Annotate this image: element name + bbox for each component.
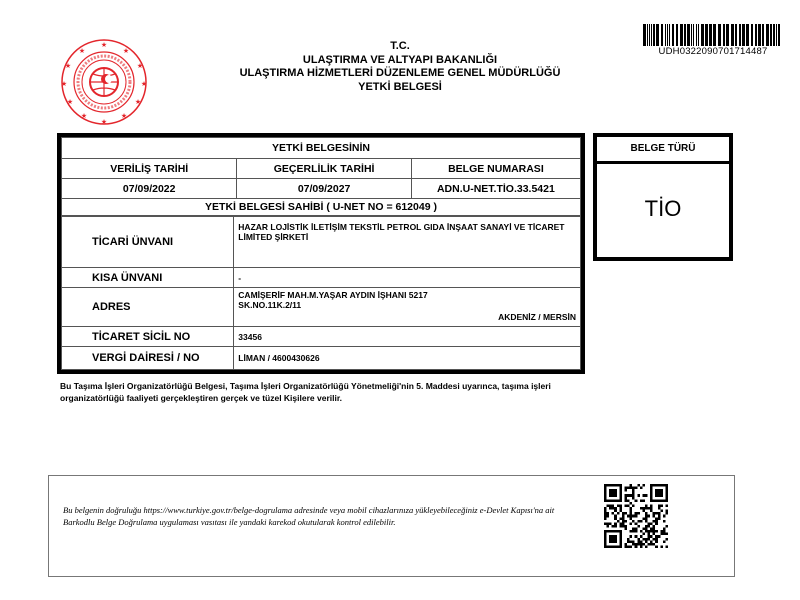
document-number-value: ADN.U-NET.TİO.33.5421	[411, 179, 580, 199]
svg-text:★: ★	[101, 118, 107, 126]
label-short-name: KISA ÜNVANI	[62, 268, 234, 288]
barcode-number: UDH0322090701714487	[640, 46, 786, 57]
value-address: CAMİŞERİF MAH.M.YAŞAR AYDIN İŞHANI 5217 …	[238, 290, 488, 310]
svg-text:★: ★	[81, 112, 87, 120]
verification-box: Bu belgenin doğruluğu https://www.turkiy…	[48, 475, 735, 577]
document-type-box: BELGE TÜRÜ TİO	[593, 133, 733, 261]
document-type-value: TİO	[597, 164, 729, 254]
barcode-icon	[643, 24, 783, 46]
ministry-seal-icon: ★★★ ★★★ ★★★ ★★★	[60, 38, 148, 126]
heading-tc: T.C.	[200, 40, 600, 54]
certificate-table: YETKİ BELGESİNİN VERİLİŞ TARİHİ GEÇERLİL…	[57, 133, 585, 374]
value-trade-name: HAZAR LOJİSTİK İLETİŞİM TEKSTİL PETROL G…	[234, 217, 581, 268]
svg-text:★: ★	[123, 47, 129, 55]
verification-text: Bu belgenin doğruluğu https://www.turkiy…	[63, 504, 573, 528]
svg-text:★: ★	[121, 112, 127, 120]
label-trade-name: TİCARİ ÜNVANI	[62, 217, 234, 268]
label-address: ADRES	[62, 288, 234, 327]
legal-note: Bu Taşıma İşleri Organizatörlüğü Belgesi…	[60, 380, 590, 404]
heading-ministry: ULAŞTIRMA VE ALTYAPI BAKANLIĞI	[200, 54, 600, 68]
column-issue-date: VERİLİŞ TARİHİ	[62, 159, 237, 179]
svg-text:★: ★	[137, 62, 143, 70]
document-type-heading: BELGE TÜRÜ	[597, 137, 729, 164]
heading-directorate: ULAŞTIRMA HİZMETLERİ DÜZENLEME GENEL MÜD…	[200, 67, 600, 81]
svg-text:★: ★	[67, 98, 73, 106]
validity-date-value: 07/09/2027	[237, 179, 411, 199]
svg-text:★: ★	[65, 62, 71, 70]
label-tax-office: VERGİ DAİRESİ / NO	[62, 347, 234, 370]
value-tax-office: LİMAN / 4600430626	[234, 347, 581, 370]
svg-text:★: ★	[101, 41, 107, 49]
value-trade-registry: 33456	[234, 327, 581, 347]
column-validity-date: GEÇERLİLİK TARİHİ	[237, 159, 411, 179]
owner-heading: YETKİ BELGESİ SAHİBİ ( U-NET NO = 612049…	[62, 199, 581, 216]
issue-date-value: 07/09/2022	[62, 179, 237, 199]
svg-text:★: ★	[135, 98, 141, 106]
label-trade-registry: TİCARET SİCİL NO	[62, 327, 234, 347]
svg-text:★: ★	[61, 80, 67, 88]
heading-document-title: YETKİ BELGESİ	[200, 81, 600, 95]
svg-text:★: ★	[79, 47, 85, 55]
column-document-number: BELGE NUMARASI	[411, 159, 580, 179]
value-short-name: -	[234, 268, 581, 288]
value-address-cell: CAMİŞERİF MAH.M.YAŞAR AYDIN İŞHANI 5217 …	[234, 288, 581, 327]
svg-text:★: ★	[141, 80, 147, 88]
certificate-title: YETKİ BELGESİNİN	[62, 138, 581, 159]
value-district: AKDENİZ / MERSİN	[238, 312, 576, 322]
document-heading: T.C. ULAŞTIRMA VE ALTYAPI BAKANLIĞI ULAŞ…	[200, 40, 600, 94]
qr-code-icon	[604, 484, 668, 548]
barcode-block: UDH0322090701714487	[640, 24, 786, 57]
